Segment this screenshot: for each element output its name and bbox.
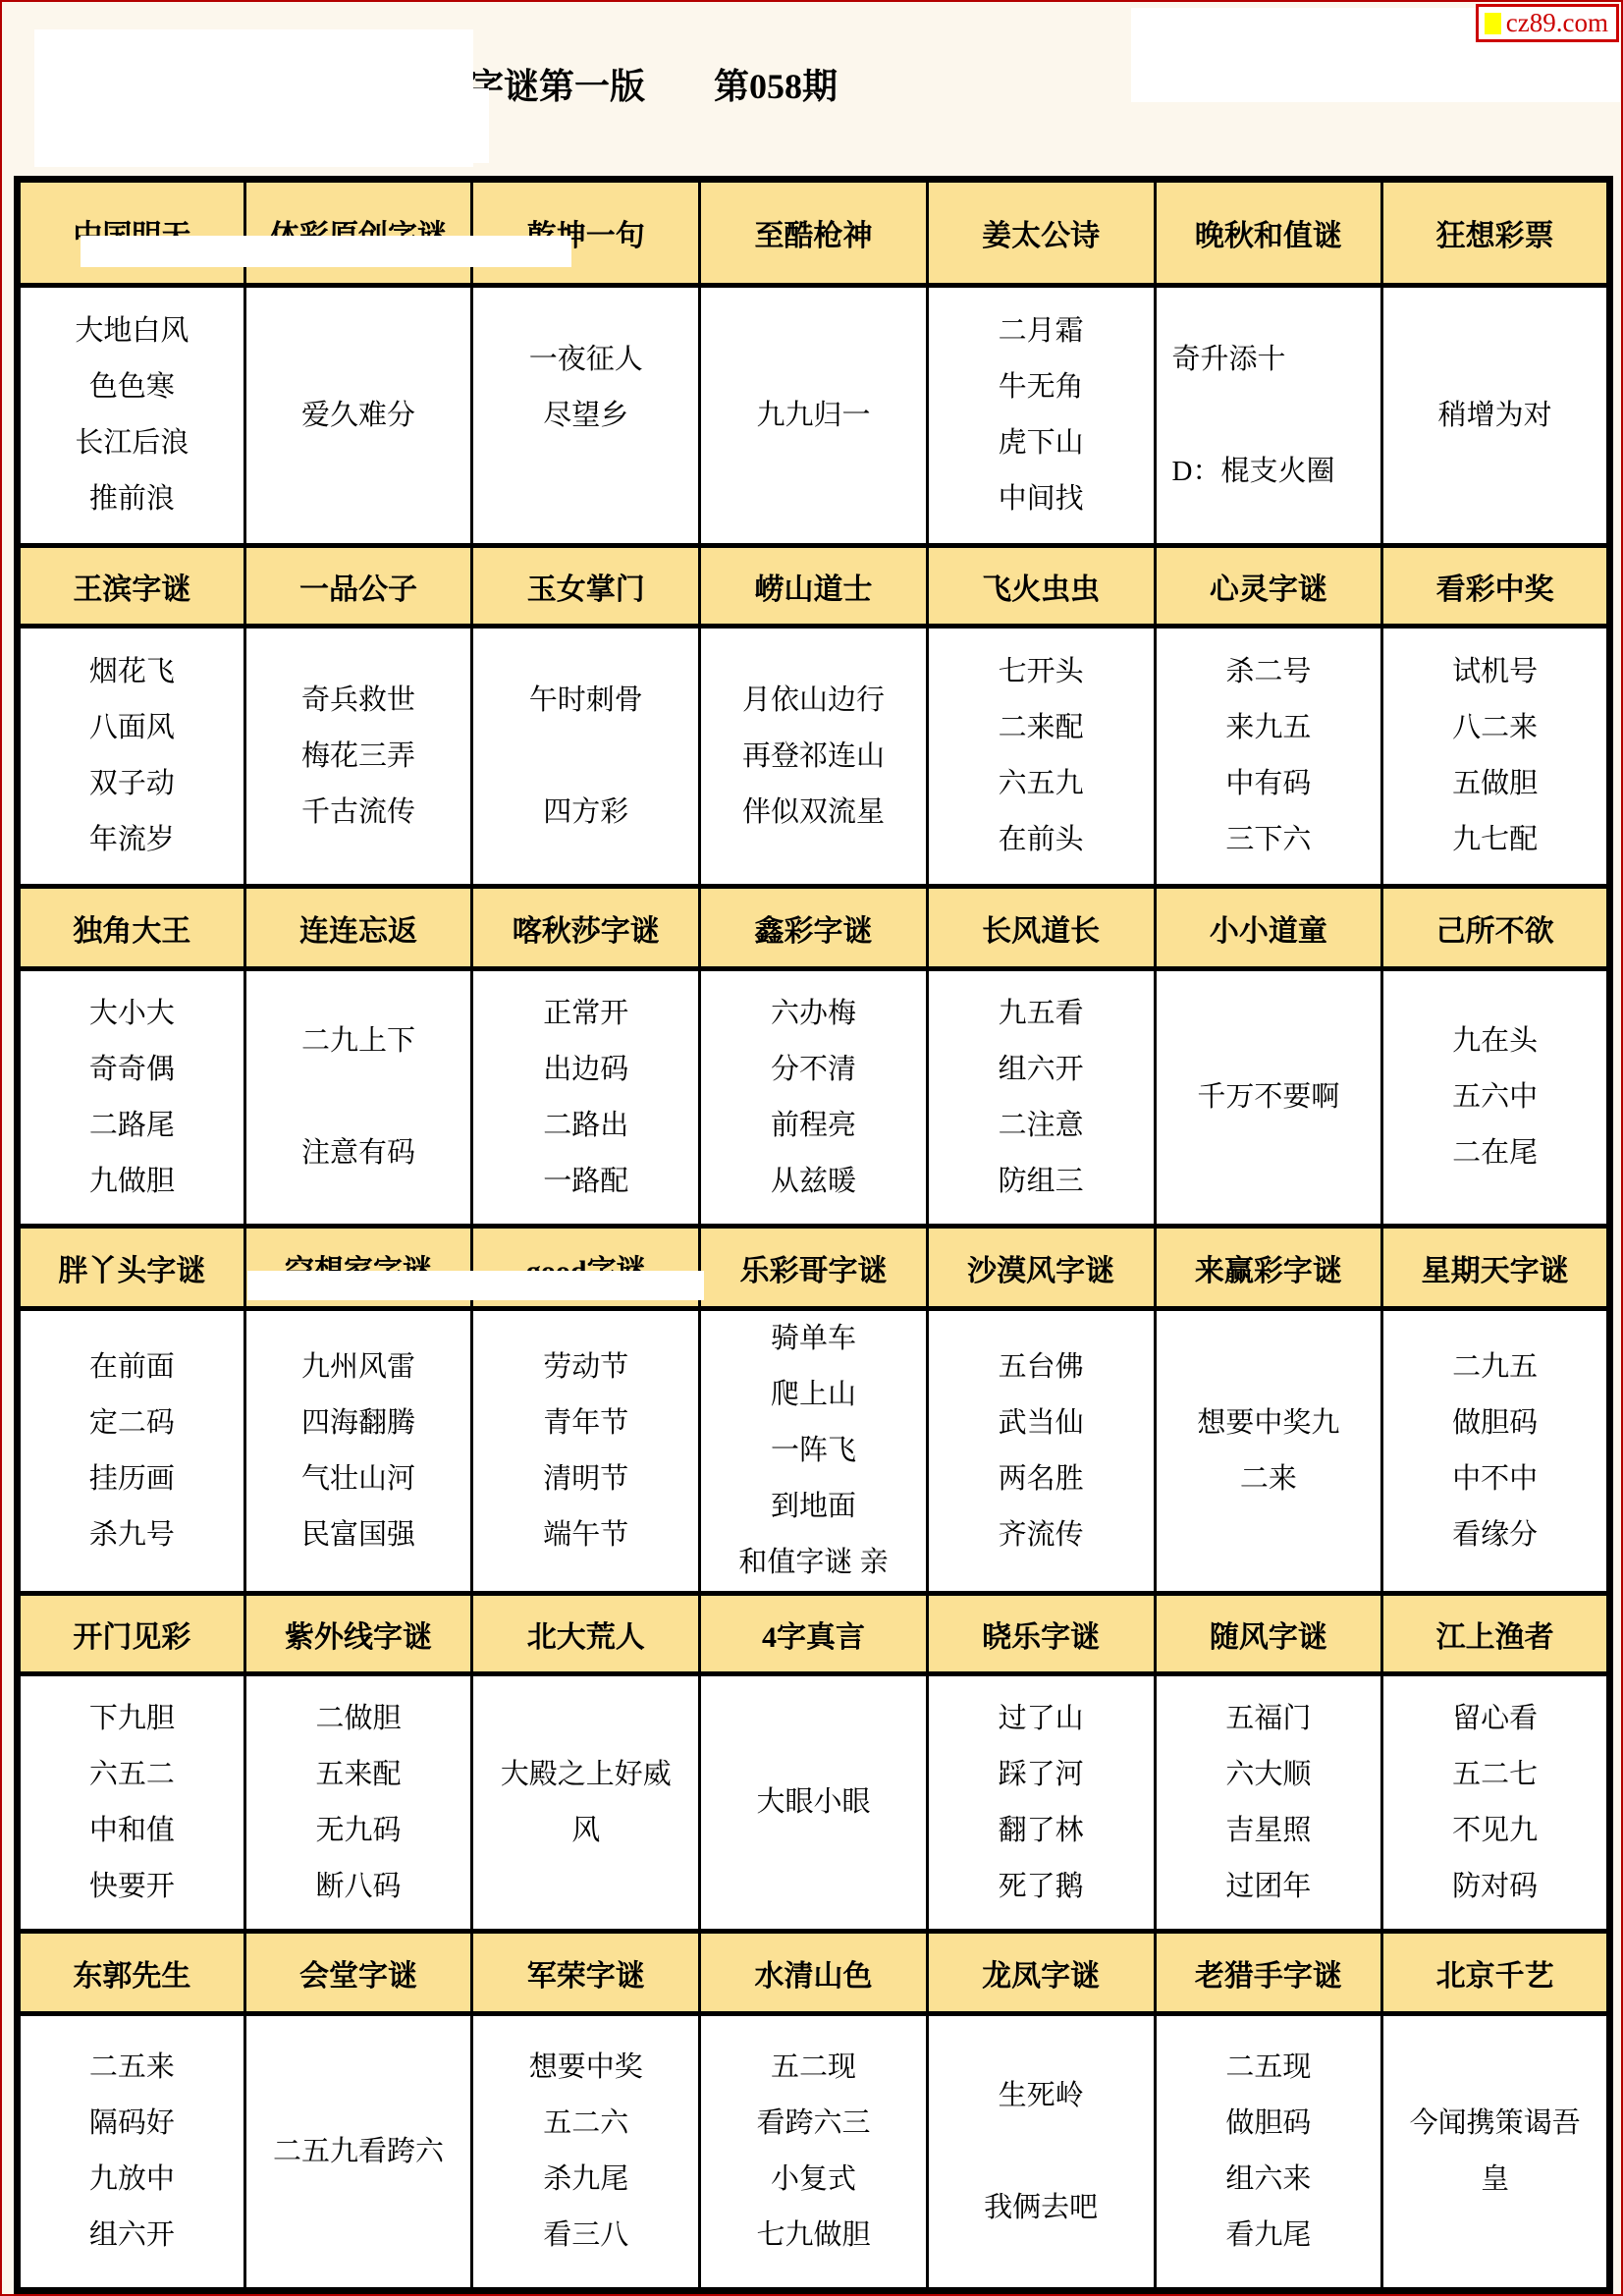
puzzle-line: 五二六 xyxy=(473,2096,698,2152)
puzzle-line: 色色寒 xyxy=(21,359,243,415)
column-header: 老猎手字谜 xyxy=(1155,1932,1382,2014)
content-row: 下九胆六五二中和值快要开二做胆五来配无九码断八码大殿之上好威风大眼小眼过了山踩了… xyxy=(18,1674,1610,1932)
puzzle-line: 分不清 xyxy=(701,1042,926,1098)
puzzle-cell: 九五看组六开二注意防组三 xyxy=(927,969,1155,1227)
puzzle-line: 我俩去吧 xyxy=(929,2180,1154,2236)
column-header: 心灵字谜 xyxy=(1155,546,1382,627)
puzzle-line: 梅花三弄 xyxy=(246,729,471,785)
puzzle-cell: 五二现看跨六三小复式七九做胆 xyxy=(700,2014,928,2291)
puzzle-line: 五六中 xyxy=(1383,1069,1606,1125)
puzzle-line: 出边码 xyxy=(473,1042,698,1098)
content-row: 在前面定二码挂历画杀九号九州风雷四海翻腾气壮山河民富国强劳动节青年节清明节端午节… xyxy=(18,1309,1610,1594)
puzzle-cell: 五福门六大顺吉星照过团年 xyxy=(1155,1674,1382,1932)
puzzle-line: 八面风 xyxy=(21,700,243,756)
puzzle-line: 爱久难分 xyxy=(246,388,471,444)
puzzle-line: 二来配 xyxy=(929,700,1154,756)
puzzle-line: 三下六 xyxy=(1157,812,1381,868)
puzzle-line: 下九胆 xyxy=(21,1691,243,1747)
puzzle-cell: 二九五做胆码中不中看缘分 xyxy=(1382,1309,1610,1594)
puzzle-line: 大小大 xyxy=(21,986,243,1042)
puzzle-cell: 留心看五二七不见九防对码 xyxy=(1382,1674,1610,1932)
puzzle-line xyxy=(1172,388,1381,444)
puzzle-line: 九放中 xyxy=(21,2152,243,2208)
puzzle-line: 生死岭 xyxy=(929,2068,1154,2124)
badge-square-icon xyxy=(1485,13,1501,34)
puzzle-line: 民富国强 xyxy=(246,1507,471,1563)
puzzle-line: 大眼小眼 xyxy=(701,1775,926,1831)
puzzle-cell: 试机号八二来五做胆九七配 xyxy=(1382,627,1610,887)
puzzle-cell: 千万不要啊 xyxy=(1155,969,1382,1227)
puzzle-line: 一夜征人 xyxy=(473,332,698,388)
puzzle-line: 试机号 xyxy=(1383,644,1606,700)
puzzle-cell: 五台佛武当仙两名胜齐流传 xyxy=(927,1309,1155,1594)
column-header: 玉女掌门 xyxy=(472,546,700,627)
puzzle-line: 和值字谜 亲 xyxy=(701,1535,926,1591)
column-header: 崂山道士 xyxy=(700,546,928,627)
puzzle-cell: 二五来隔码好九放中组六开 xyxy=(18,2014,245,2291)
page: 体彩P3字谜第一版第058期 中国明天体彩原创字谜乾坤一句至酷枪神姜太公诗晚秋和… xyxy=(0,0,1623,2296)
puzzle-line: 无九码 xyxy=(246,1803,471,1859)
puzzle-cell: 骑单车爬上山一阵飞到地面和值字谜 亲 xyxy=(700,1309,928,1594)
puzzle-cell: 今闻携策谒吾皇 xyxy=(1382,2014,1610,2291)
puzzle-line: 年流岁 xyxy=(21,812,243,868)
puzzle-line xyxy=(473,444,698,500)
puzzle-line: 想要中奖 xyxy=(473,2040,698,2096)
puzzle-line: 二在尾 xyxy=(1383,1125,1606,1181)
puzzle-cell: 六办梅分不清前程亮从兹暖 xyxy=(700,969,928,1227)
puzzle-line: 九在头 xyxy=(1383,1013,1606,1069)
content-row: 二五来隔码好九放中组六开二五九看跨六想要中奖五二六杀九尾看三八五二现看跨六三小复… xyxy=(18,2014,1610,2291)
puzzle-line: 挂历画 xyxy=(21,1451,243,1507)
header-row: 独角大王连连忘返喀秋莎字谜鑫彩字谜长风道长小小道童己所不欲 xyxy=(18,887,1610,969)
column-header: 水清山色 xyxy=(700,1932,928,2014)
column-header: 小小道童 xyxy=(1155,887,1382,969)
puzzle-cell: 月依山边行再登祁连山伴似双流星 xyxy=(700,627,928,887)
puzzle-line: 组六开 xyxy=(21,2208,243,2264)
puzzle-cell: 大眼小眼 xyxy=(700,1674,928,1932)
puzzle-line: 五福门 xyxy=(1157,1691,1381,1747)
puzzle-line: 七开头 xyxy=(929,644,1154,700)
puzzle-line: 千古流传 xyxy=(246,785,471,841)
puzzle-line: 双子动 xyxy=(21,756,243,812)
column-header: 晚秋和值谜 xyxy=(1155,180,1382,286)
puzzle-line: 到地面 xyxy=(701,1479,926,1535)
puzzle-line: 气壮山河 xyxy=(246,1451,471,1507)
puzzle-line: 正常开 xyxy=(473,986,698,1042)
header-row: 开门见彩紫外线字谜北大荒人4字真言晓乐字谜随风字谜江上渔者 xyxy=(18,1594,1610,1674)
puzzle-cell: 二做胆五来配无九码断八码 xyxy=(244,1674,472,1932)
puzzle-cell: 九九归一 xyxy=(700,286,928,546)
puzzle-line: 看九尾 xyxy=(1157,2208,1381,2264)
puzzle-cell: 劳动节青年节清明节端午节 xyxy=(472,1309,700,1594)
puzzle-line: 杀九号 xyxy=(21,1507,243,1563)
puzzle-line: 踩了河 xyxy=(929,1747,1154,1803)
puzzle-cell: 杀二号来九五中有码三下六 xyxy=(1155,627,1382,887)
puzzle-cell: 大地白风色色寒长江后浪推前浪 xyxy=(18,286,245,546)
puzzle-line: 今闻携策谒吾 xyxy=(1383,2096,1606,2152)
puzzle-line: 二来 xyxy=(1157,1451,1381,1507)
whiteout-header1-patch xyxy=(81,236,571,267)
puzzle-line: 一路配 xyxy=(473,1154,698,1210)
whiteout-header4-patch xyxy=(247,1271,704,1300)
column-header: 长风道长 xyxy=(927,887,1155,969)
puzzle-cell: 爱久难分 xyxy=(244,286,472,546)
puzzle-line: D：棍支火圈 xyxy=(1172,444,1381,500)
puzzle-line: 推前浪 xyxy=(21,471,243,527)
puzzle-line: 皇 xyxy=(1383,2152,1606,2208)
puzzle-line: 八二来 xyxy=(1383,700,1606,756)
column-header: 胖丫头字谜 xyxy=(18,1227,245,1309)
puzzle-cell: 想要中奖九二来 xyxy=(1155,1309,1382,1594)
puzzle-line: 看跨六三 xyxy=(701,2096,926,2152)
puzzle-line: 两名胜 xyxy=(929,1451,1154,1507)
puzzle-cell: 烟花飞八面风双子动年流岁 xyxy=(18,627,245,887)
puzzle-cell: 九在头五六中二在尾 xyxy=(1382,969,1610,1227)
puzzle-line: 青年节 xyxy=(473,1395,698,1451)
column-header: 王滨字谜 xyxy=(18,546,245,627)
puzzle-line: 做胆码 xyxy=(1383,1395,1606,1451)
puzzle-line xyxy=(473,729,698,785)
column-header: 江上渔者 xyxy=(1382,1594,1610,1674)
puzzle-line: 烟花飞 xyxy=(21,644,243,700)
puzzle-cell: 过了山踩了河翻了林死了鹅 xyxy=(927,1674,1155,1932)
puzzle-cell: 下九胆六五二中和值快要开 xyxy=(18,1674,245,1932)
puzzle-cell: 九州风雷四海翻腾气壮山河民富国强 xyxy=(244,1309,472,1594)
puzzle-line: 隔码好 xyxy=(21,2096,243,2152)
puzzle-line: 断八码 xyxy=(246,1859,471,1915)
puzzle-line: 九七配 xyxy=(1383,812,1606,868)
puzzle-line: 前程亮 xyxy=(701,1098,926,1154)
puzzle-line: 千万不要啊 xyxy=(1157,1069,1381,1125)
puzzle-line: 骑单车 xyxy=(701,1311,926,1367)
column-header: 连连忘返 xyxy=(244,887,472,969)
column-header: 会堂字谜 xyxy=(244,1932,472,2014)
puzzle-line: 组六来 xyxy=(1157,2152,1381,2208)
puzzle-line: 奇奇偶 xyxy=(21,1042,243,1098)
puzzle-line: 长江后浪 xyxy=(21,415,243,471)
content-row: 大地白风色色寒长江后浪推前浪爱久难分一夜征人尽望乡 九九归一二月霜牛无角虎下山中… xyxy=(18,286,1610,546)
puzzle-line: 从兹暖 xyxy=(701,1154,926,1210)
puzzle-line: 定二码 xyxy=(21,1395,243,1451)
puzzle-cell: 在前面定二码挂历画杀九号 xyxy=(18,1309,245,1594)
puzzle-line: 快要开 xyxy=(21,1859,243,1915)
puzzle-line: 二做胆 xyxy=(246,1691,471,1747)
header-row: 王滨字谜一品公子玉女掌门崂山道士飞火虫虫心灵字谜看彩中奖 xyxy=(18,546,1610,627)
puzzle-cell: 七开头二来配六五九在前头 xyxy=(927,627,1155,887)
puzzle-line: 六大顺 xyxy=(1157,1747,1381,1803)
puzzle-line: 九州风雷 xyxy=(246,1339,471,1395)
column-header: 看彩中奖 xyxy=(1382,546,1610,627)
column-header: 姜太公诗 xyxy=(927,180,1155,286)
puzzle-line: 防对码 xyxy=(1383,1859,1606,1915)
column-header: 至酷枪神 xyxy=(700,180,928,286)
column-header: 4字真言 xyxy=(700,1594,928,1674)
puzzle-line: 爬上山 xyxy=(701,1367,926,1423)
watermark-badge[interactable]: cz89.com xyxy=(1476,4,1619,42)
puzzle-line: 杀二号 xyxy=(1157,644,1381,700)
column-header: 己所不欲 xyxy=(1382,887,1610,969)
column-header: 来赢彩字谜 xyxy=(1155,1227,1382,1309)
column-header: 独角大王 xyxy=(18,887,245,969)
puzzle-line: 虎下山 xyxy=(929,415,1154,471)
puzzle-cell: 奇升添十 D：棍支火圈 xyxy=(1155,286,1382,546)
title-edition: 字谜第一版 xyxy=(468,67,645,106)
column-header: 龙凤字谜 xyxy=(927,1932,1155,2014)
puzzle-line: 做胆码 xyxy=(1157,2096,1381,2152)
puzzle-line: 看三八 xyxy=(473,2208,698,2264)
puzzle-line: 奇升添十 xyxy=(1172,332,1381,388)
column-header: 中国明天 xyxy=(18,180,245,286)
puzzle-line: 组六开 xyxy=(929,1042,1154,1098)
puzzle-cell: 午时刺骨 四方彩 xyxy=(472,627,700,887)
puzzle-line xyxy=(929,2124,1154,2180)
puzzle-line: 午时刺骨 xyxy=(473,673,698,729)
puzzle-cell: 二月霜牛无角虎下山中间找 xyxy=(927,286,1155,546)
puzzle-line: 风 xyxy=(473,1803,698,1859)
puzzle-line xyxy=(246,1069,471,1125)
puzzle-line: 二路尾 xyxy=(21,1098,243,1154)
column-header: 开门见彩 xyxy=(18,1594,245,1674)
puzzle-line: 月依山边行 xyxy=(701,673,926,729)
puzzle-line: 翻了林 xyxy=(929,1803,1154,1859)
puzzle-line: 注意有码 xyxy=(246,1125,471,1181)
column-header: 东郭先生 xyxy=(18,1932,245,2014)
column-header: 北京千艺 xyxy=(1382,1932,1610,2014)
puzzle-table: 中国明天体彩原创字谜乾坤一句至酷枪神姜太公诗晚秋和值谜狂想彩票大地白风色色寒长江… xyxy=(14,176,1613,2294)
column-header: 乐彩哥字谜 xyxy=(700,1227,928,1309)
puzzle-line: 六五九 xyxy=(929,756,1154,812)
puzzle-line: 中间找 xyxy=(929,471,1154,527)
puzzle-line: 武当仙 xyxy=(929,1395,1154,1451)
puzzle-table-body: 中国明天体彩原创字谜乾坤一句至酷枪神姜太公诗晚秋和值谜狂想彩票大地白风色色寒长江… xyxy=(18,180,1610,2291)
puzzle-line: 清明节 xyxy=(473,1451,698,1507)
puzzle-line: 再登祁连山 xyxy=(701,729,926,785)
puzzle-line: 尽望乡 xyxy=(473,388,698,444)
puzzle-cell: 二九上下 注意有码 xyxy=(244,969,472,1227)
puzzle-line: 过团年 xyxy=(1157,1859,1381,1915)
puzzle-line: 七九做胆 xyxy=(701,2208,926,2264)
column-header: 随风字谜 xyxy=(1155,1594,1382,1674)
puzzle-line: 九做胆 xyxy=(21,1154,243,1210)
puzzle-line: 不见九 xyxy=(1383,1803,1606,1859)
column-header: 北大荒人 xyxy=(472,1594,700,1674)
puzzle-line: 死了鹅 xyxy=(929,1859,1154,1915)
whiteout-title-patch xyxy=(391,88,489,163)
puzzle-cell: 大小大奇奇偶二路尾九做胆 xyxy=(18,969,245,1227)
puzzle-line: 端午节 xyxy=(473,1507,698,1563)
column-header: 星期天字谜 xyxy=(1382,1227,1610,1309)
content-row: 烟花飞八面风双子动年流岁奇兵救世梅花三弄千古流传午时刺骨 四方彩月依山边行再登祁… xyxy=(18,627,1610,887)
puzzle-cell: 正常开出边码二路出一路配 xyxy=(472,969,700,1227)
puzzle-line: 吉星照 xyxy=(1157,1803,1381,1859)
puzzle-line: 中和值 xyxy=(21,1803,243,1859)
puzzle-line: 大地白风 xyxy=(21,303,243,359)
column-header: 军荣字谜 xyxy=(472,1932,700,2014)
column-header: 鑫彩字谜 xyxy=(700,887,928,969)
puzzle-line: 稍增为对 xyxy=(1383,388,1606,444)
puzzle-line: 大殿之上好威 xyxy=(473,1747,698,1803)
puzzle-line: 五二现 xyxy=(701,2040,926,2096)
puzzle-line: 二九上下 xyxy=(246,1013,471,1069)
puzzle-line: 五台佛 xyxy=(929,1339,1154,1395)
puzzle-line: 一阵飞 xyxy=(701,1423,926,1479)
puzzle-line: 小复式 xyxy=(701,2152,926,2208)
puzzle-line: 来九五 xyxy=(1157,700,1381,756)
puzzle-line: 二五九看跨六 xyxy=(246,2124,471,2180)
puzzle-line: 看缘分 xyxy=(1383,1507,1606,1563)
title-issue: 第058期 xyxy=(714,67,838,106)
content-row: 大小大奇奇偶二路尾九做胆二九上下 注意有码正常开出边码二路出一路配六办梅分不清前… xyxy=(18,969,1610,1227)
puzzle-line: 二九五 xyxy=(1383,1339,1606,1395)
column-header: 沙漠风字谜 xyxy=(927,1227,1155,1309)
puzzle-line: 中有码 xyxy=(1157,756,1381,812)
puzzle-line: 四海翻腾 xyxy=(246,1395,471,1451)
puzzle-line: 二五现 xyxy=(1157,2040,1381,2096)
column-header: 喀秋莎字谜 xyxy=(472,887,700,969)
puzzle-line: 二五来 xyxy=(21,2040,243,2096)
column-header: 乾坤一句 xyxy=(472,180,700,286)
column-header: 紫外线字谜 xyxy=(244,1594,472,1674)
column-header: 一品公子 xyxy=(244,546,472,627)
puzzle-line: 在前头 xyxy=(929,812,1154,868)
puzzle-line: 五做胆 xyxy=(1383,756,1606,812)
puzzle-line: 二路出 xyxy=(473,1098,698,1154)
watermark-text: cz89.com xyxy=(1506,10,1608,36)
puzzle-line: 五来配 xyxy=(246,1747,471,1803)
puzzle-line: 留心看 xyxy=(1383,1691,1606,1747)
puzzle-cell: 生死岭 我俩去吧 xyxy=(927,2014,1155,2291)
column-header: 体彩原创字谜 xyxy=(244,180,472,286)
column-header: 晓乐字谜 xyxy=(927,1594,1155,1674)
column-header: 飞火虫虫 xyxy=(927,546,1155,627)
puzzle-cell: 大殿之上好威风 xyxy=(472,1674,700,1932)
column-header: 狂想彩票 xyxy=(1382,180,1610,286)
puzzle-cell: 一夜征人尽望乡 xyxy=(472,286,700,546)
puzzle-line: 防组三 xyxy=(929,1154,1154,1210)
puzzle-line: 二注意 xyxy=(929,1098,1154,1154)
puzzle-line: 九九归一 xyxy=(701,388,926,444)
puzzle-line: 劳动节 xyxy=(473,1339,698,1395)
puzzle-cell: 二五现做胆码组六来看九尾 xyxy=(1155,2014,1382,2291)
header-row: 中国明天体彩原创字谜乾坤一句至酷枪神姜太公诗晚秋和值谜狂想彩票 xyxy=(18,180,1610,286)
puzzle-cell: 奇兵救世梅花三弄千古流传 xyxy=(244,627,472,887)
puzzle-cell: 想要中奖五二六杀九尾看三八 xyxy=(472,2014,700,2291)
puzzle-line: 杀九尾 xyxy=(473,2152,698,2208)
puzzle-line: 在前面 xyxy=(21,1339,243,1395)
puzzle-line: 过了山 xyxy=(929,1691,1154,1747)
puzzle-line: 二月霜 xyxy=(929,303,1154,359)
header-row: 东郭先生会堂字谜军荣字谜水清山色龙凤字谜老猎手字谜北京千艺 xyxy=(18,1932,1610,2014)
puzzle-line: 齐流传 xyxy=(929,1507,1154,1563)
puzzle-cell: 稍增为对 xyxy=(1382,286,1610,546)
puzzle-line: 六五二 xyxy=(21,1747,243,1803)
puzzle-line: 中不中 xyxy=(1383,1451,1606,1507)
puzzle-line: 四方彩 xyxy=(473,785,698,841)
puzzle-line: 牛无角 xyxy=(929,359,1154,415)
puzzle-line: 想要中奖九 xyxy=(1157,1395,1381,1451)
puzzle-line: 奇兵救世 xyxy=(246,673,471,729)
puzzle-line: 伴似双流星 xyxy=(701,785,926,841)
puzzle-cell: 二五九看跨六 xyxy=(244,2014,472,2291)
puzzle-line: 六办梅 xyxy=(701,986,926,1042)
puzzle-line: 九五看 xyxy=(929,986,1154,1042)
puzzle-line: 五二七 xyxy=(1383,1747,1606,1803)
